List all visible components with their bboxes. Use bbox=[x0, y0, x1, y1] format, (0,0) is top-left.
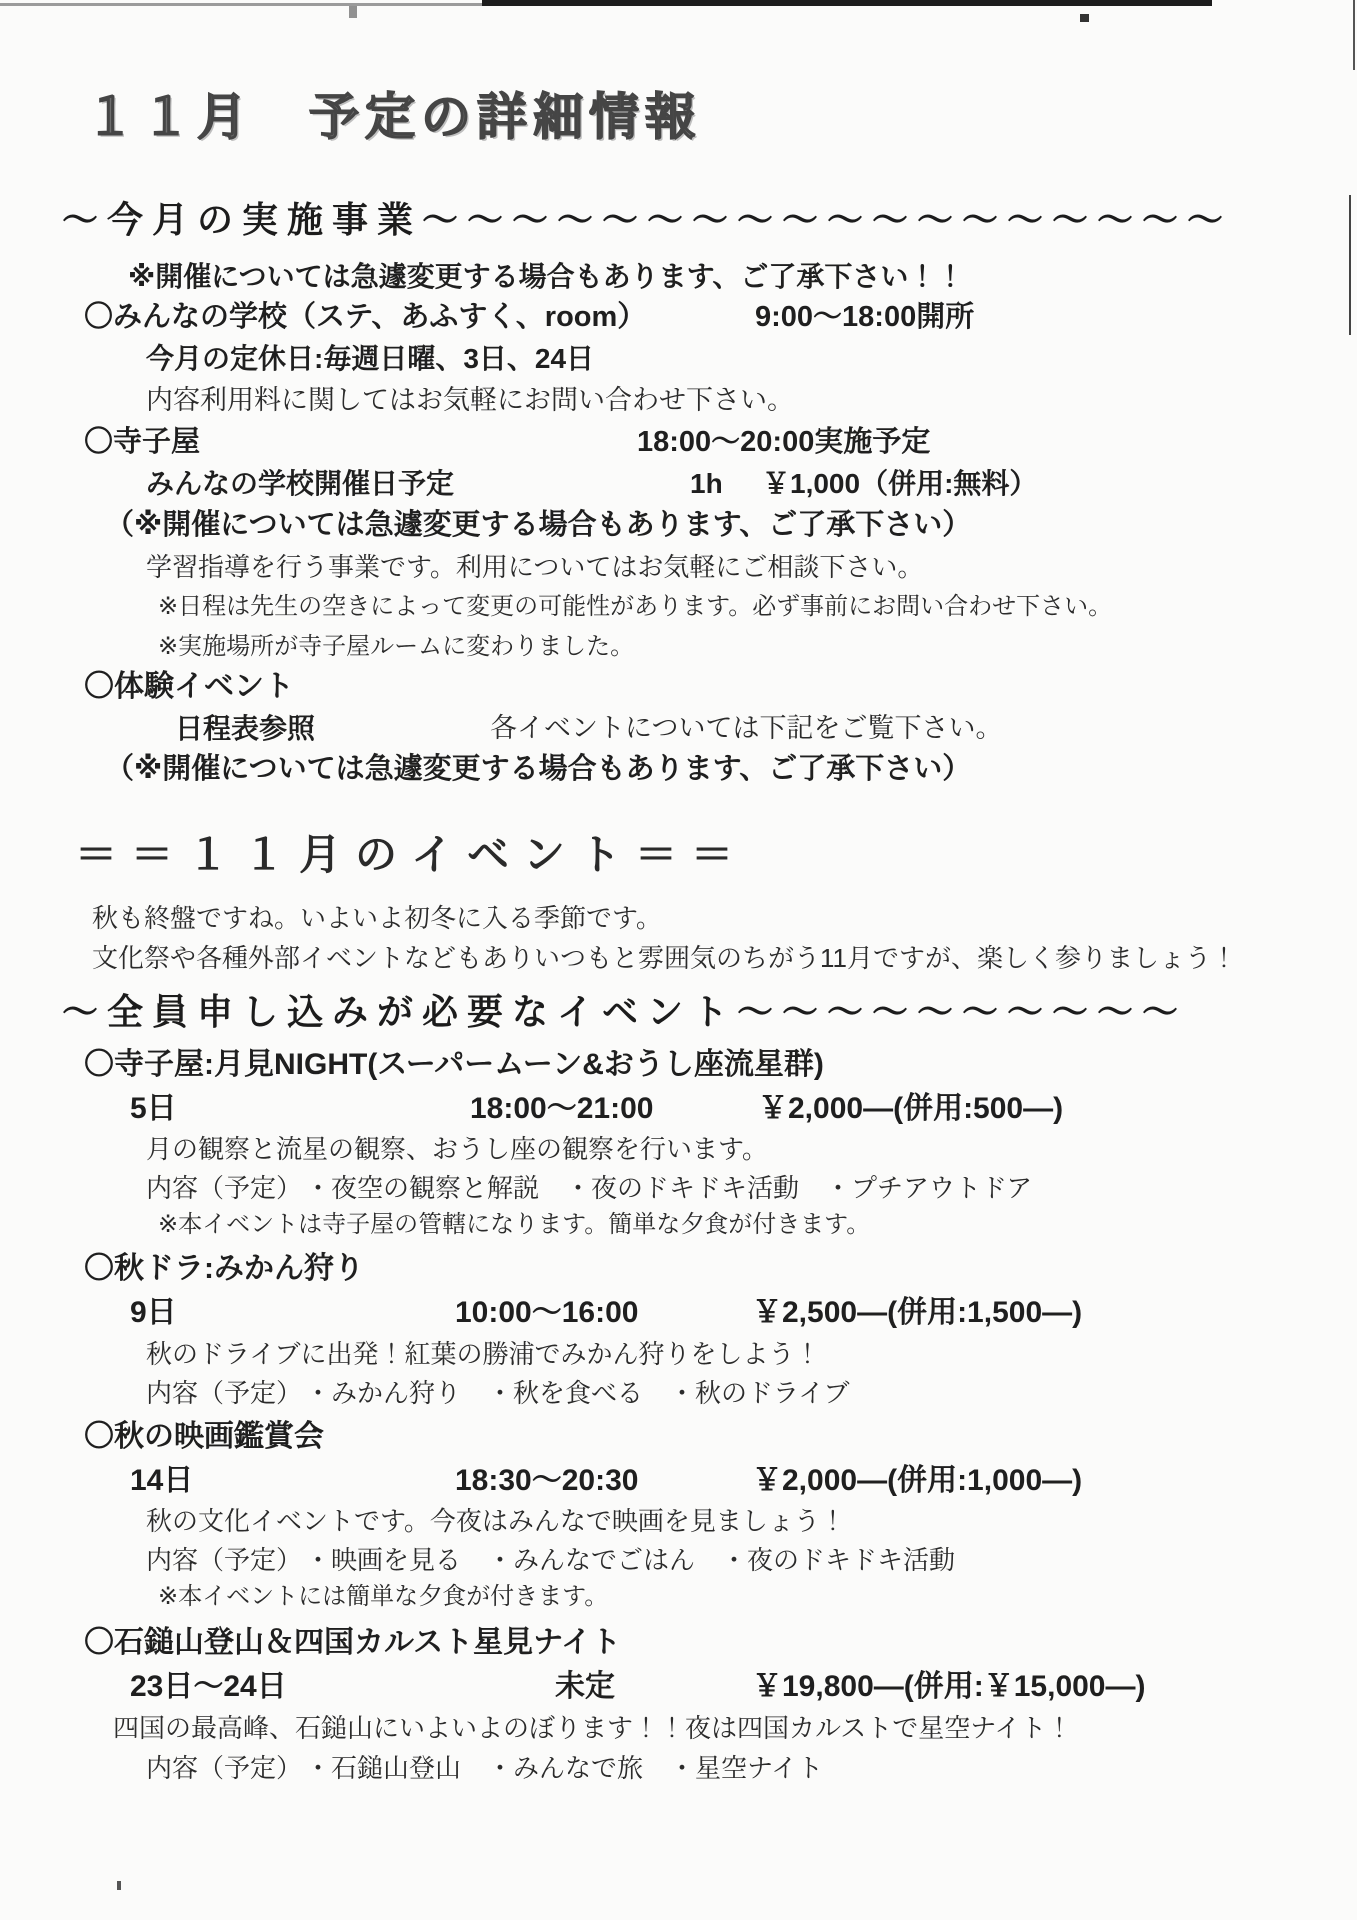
terakoya-schedule: みんなの学校開催日予定 bbox=[146, 469, 454, 500]
event-date: 23日～24日 bbox=[130, 1670, 287, 1703]
event-note: ※本イベントは寺子屋の管轄になります。簡単な夕食が付きます。 bbox=[158, 1212, 870, 1238]
scan-artifact-right-edge-line bbox=[1353, 0, 1355, 70]
event-price: ￥2,500―(併用:1,500―) bbox=[752, 1296, 1082, 1329]
scan-artifact-speck bbox=[1080, 14, 1089, 22]
event-price: ￥19,800―(併用:￥15,000―) bbox=[752, 1670, 1146, 1703]
events-intro-line1: 秋も終盤ですね。いよいよ初冬に入る季節です。 bbox=[92, 904, 662, 933]
event-title: 〇秋ドラ:みかん狩り bbox=[84, 1252, 364, 1285]
event-date: 14日 bbox=[130, 1464, 193, 1497]
event-contents: ・夜空の観察と解説 ・夜のドキドキ活動 ・プチアウトドア bbox=[305, 1174, 1032, 1203]
terakoya-description: 学習指導を行う事業です。利用についてはお気軽にご相談下さい。 bbox=[146, 553, 923, 582]
event-contents: ・みかん狩り ・秋を食べる ・秋のドライブ bbox=[305, 1379, 849, 1408]
taiken-schedule-ref: 日程表参照 bbox=[175, 714, 315, 745]
event-contents-label: 内容（予定） bbox=[146, 1174, 302, 1203]
event-contents-label: 内容（予定） bbox=[146, 1754, 302, 1783]
scan-artifact-speck bbox=[349, 6, 357, 18]
scan-artifact-top-black-line bbox=[482, 0, 1212, 6]
event-description: 月の観察と流星の観察、おうし座の観察を行います。 bbox=[146, 1135, 768, 1164]
scanned-flyer-page: １１月 予定の詳細情報 ～今月の実施事業～～～～～～～～～～～～～～～～～～ ※… bbox=[0, 0, 1357, 1920]
event-date: 5日 bbox=[130, 1092, 177, 1125]
document-title: １１月 予定の詳細情報 bbox=[85, 90, 701, 145]
event-description: 四国の最高峰、石鎚山にいよいよのぼります！！夜は四国カルストで星空ナイト！ bbox=[113, 1714, 1072, 1743]
event-time: 10:00～16:00 bbox=[455, 1296, 638, 1329]
scan-artifact-right-edge-line bbox=[1349, 195, 1351, 335]
minna-school-closed-days: 今月の定休日:毎週日曜、3日、24日 bbox=[146, 344, 594, 375]
signup-required-heading: ～全員申し込みが必要なイベント～～～～～～～～～～ bbox=[62, 992, 1187, 1032]
event-time: 未定 bbox=[555, 1670, 615, 1703]
terakoya-price: ￥1,000（併用:無料） bbox=[762, 469, 1037, 500]
event-contents-label: 内容（予定） bbox=[146, 1379, 302, 1408]
event-contents-label: 内容（予定） bbox=[146, 1546, 302, 1575]
monthly-programs-heading: ～今月の実施事業～～～～～～～～～～～～～～～～～～ bbox=[62, 200, 1232, 240]
terakoya-hours: 18:00～20:00実施予定 bbox=[637, 427, 930, 459]
event-note: ※本イベントには簡単な夕食が付きます。 bbox=[158, 1584, 608, 1610]
terakoya-change-notice: （※開催については急遽変更する場合もあります、ご了承下さい） bbox=[105, 510, 971, 542]
event-time: 18:00～21:00 bbox=[470, 1092, 653, 1125]
scan-artifact-speck bbox=[117, 1881, 121, 1890]
terakoya-note-schedule: ※日程は先生の空きによって変更の可能性があります。必ず事前にお問い合わせ下さい。 bbox=[158, 594, 1112, 620]
terakoya-name: 〇寺子屋 bbox=[84, 427, 200, 459]
cancellation-notice: ※開催については急遽変更する場合もあります、ご了承下さい！！ bbox=[128, 262, 964, 293]
event-price: ￥2,000―(併用:1,000―) bbox=[752, 1464, 1082, 1497]
taiken-change-notice: （※開催については急遽変更する場合もあります、ご了承下さい） bbox=[105, 754, 971, 786]
taiken-detail-ref: 各イベントについては下記をご覧下さい。 bbox=[490, 714, 1002, 744]
event-contents: ・石鎚山登山 ・みんなで旅 ・星空ナイト bbox=[305, 1754, 823, 1783]
event-title: 〇寺子屋:月見NIGHT(スーパームーン&おうし座流星群) bbox=[84, 1048, 824, 1081]
event-description: 秋の文化イベントです。今夜はみんなで映画を見ましょう！ bbox=[146, 1507, 846, 1536]
minna-school-name: 〇みんなの学校（ステ、あふすく、room） bbox=[84, 302, 646, 334]
event-contents: ・映画を見る ・みんなでごはん ・夜のドキドキ活動 bbox=[305, 1546, 955, 1575]
event-title: 〇秋の映画鑑賞会 bbox=[84, 1420, 324, 1453]
event-description: 秋のドライブに出発！紅葉の勝浦でみかん狩りをしよう！ bbox=[146, 1340, 820, 1369]
event-price: ￥2,000―(併用:500―) bbox=[758, 1092, 1063, 1125]
event-time: 18:30～20:30 bbox=[455, 1464, 638, 1497]
minna-school-contact: 内容利用料に関してはお気軽にお問い合わせ下さい。 bbox=[146, 386, 794, 416]
taiken-event-name: 〇体験イベント bbox=[84, 670, 294, 703]
events-intro-line2: 文化祭や各種外部イベントなどもありいつもと雰囲気のちがう11月ですが、楽しく参り… bbox=[92, 944, 1237, 973]
terakoya-note-location: ※実施場所が寺子屋ルームに変わりました。 bbox=[158, 634, 634, 660]
terakoya-duration: 1h bbox=[690, 469, 723, 500]
event-title: 〇石鎚山登山＆四国カルスト星見ナイト bbox=[84, 1626, 621, 1659]
november-events-heading: ＝＝１１月のイベント＝＝ bbox=[75, 832, 747, 878]
event-date: 9日 bbox=[130, 1296, 177, 1329]
minna-school-hours: 9:00～18:00開所 bbox=[755, 302, 974, 334]
